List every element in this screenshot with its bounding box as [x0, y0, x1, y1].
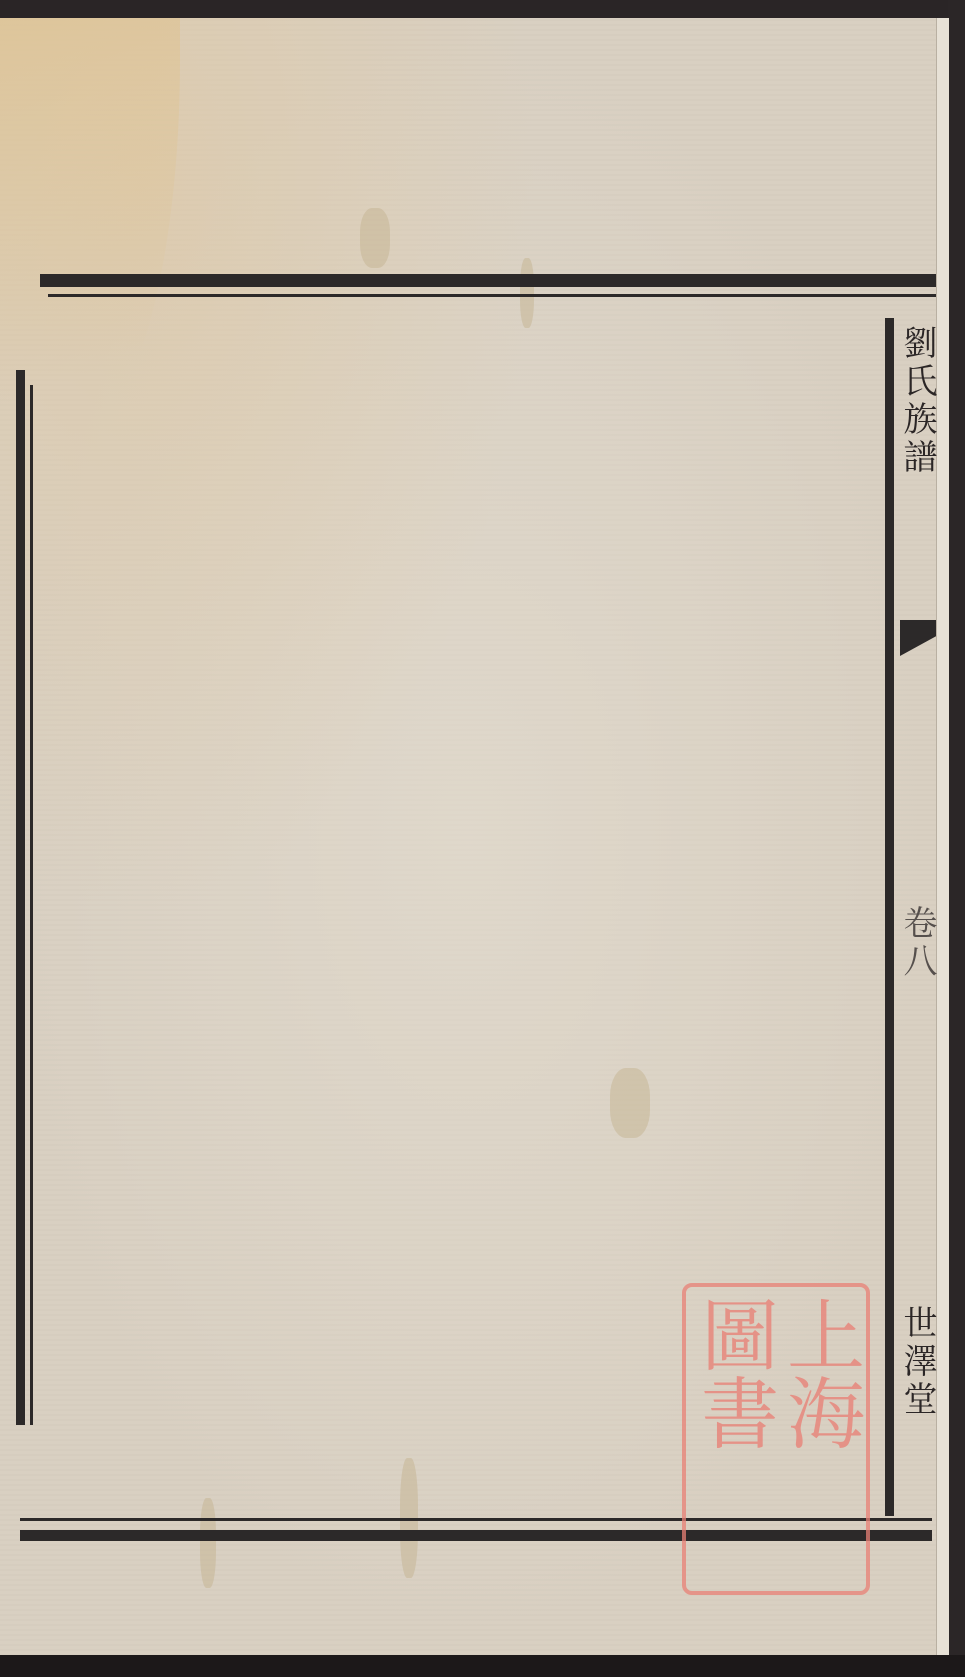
water-stain [360, 208, 390, 268]
scan-right-edge [948, 0, 965, 1677]
library-seal: 上海 圖書 [682, 1283, 870, 1595]
water-stain [520, 258, 534, 328]
scan-top-edge [0, 0, 965, 18]
water-stain [200, 1498, 216, 1588]
banxin-volume: 卷八 [898, 905, 936, 981]
page-fore-edge [936, 18, 949, 1658]
banxin-divider-line [885, 318, 894, 1516]
frame-left-inner-line [30, 385, 33, 1425]
scan-bottom-edge [0, 1655, 965, 1677]
banxin-title: 劉氏族譜 [898, 325, 936, 477]
frame-top-inner-line [48, 294, 936, 297]
aged-corner-stain [0, 18, 180, 438]
frame-top-border [40, 274, 936, 287]
seal-text-left: 圖書 [692, 1295, 774, 1451]
water-stain [610, 1068, 650, 1138]
banxin-hall-name: 世澤堂 [898, 1305, 936, 1419]
frame-left-border [16, 370, 25, 1425]
seal-text-right: 上海 [778, 1295, 860, 1451]
